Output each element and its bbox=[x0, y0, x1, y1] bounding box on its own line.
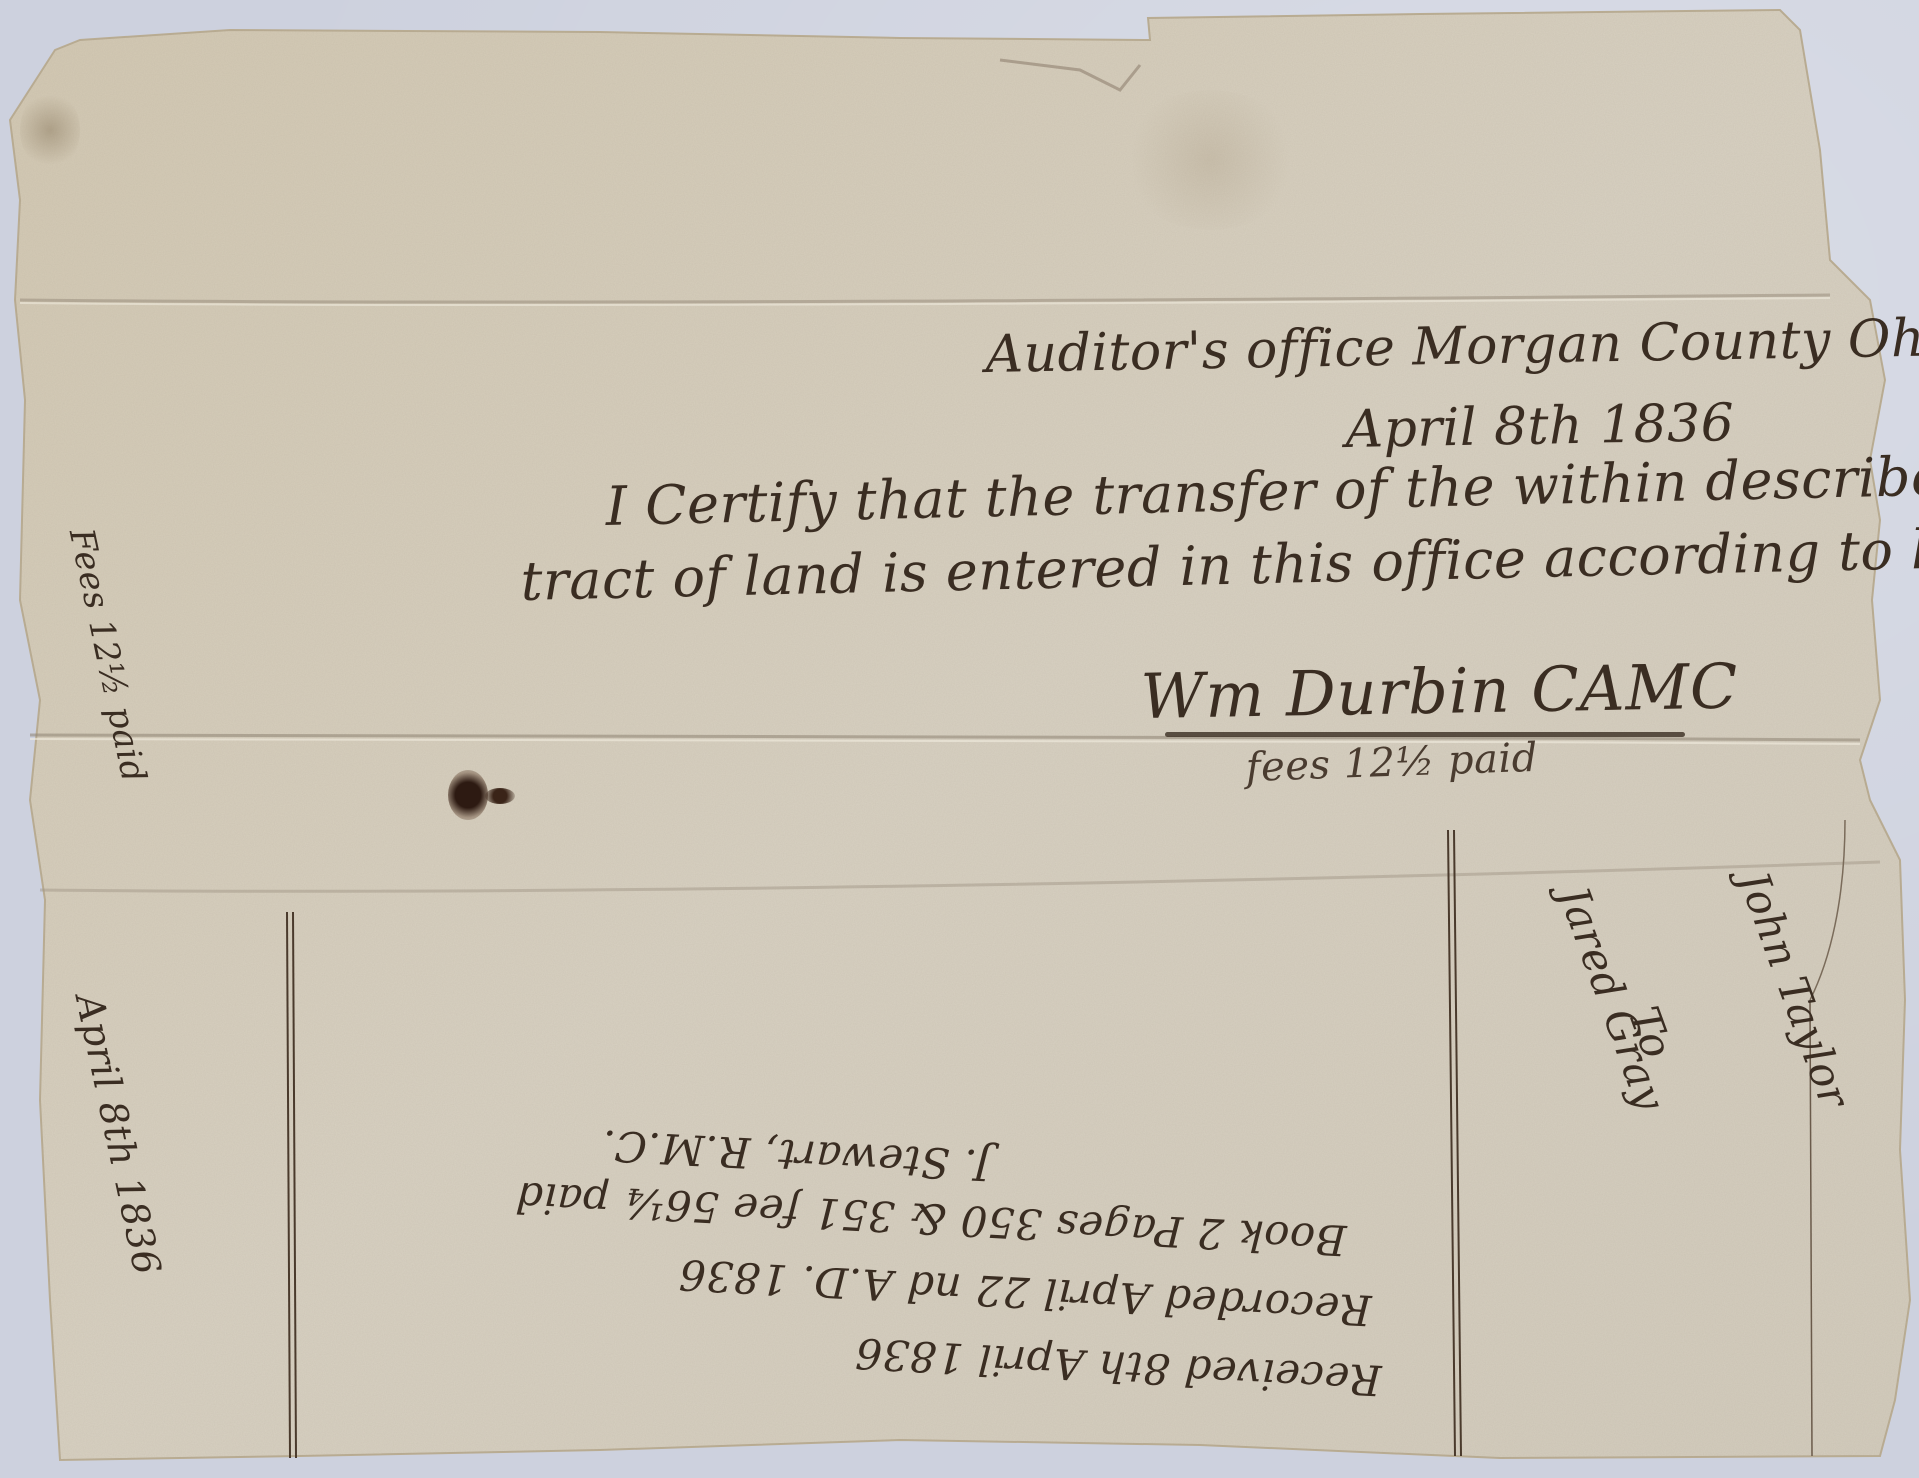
recording-recorded-line: Recorded April 22 nd A.D. 1836 bbox=[678, 1250, 1373, 1335]
auditor-signature: Wm Durbin CAMC bbox=[1140, 650, 1739, 733]
water-stain bbox=[1120, 90, 1300, 230]
recording-received-line: Received 8th April 1836 bbox=[854, 1328, 1383, 1405]
recording-note-block: Received 8th April 1836 Recorded April 2… bbox=[340, 1085, 1440, 1415]
document-paper: Auditor's office Morgan County Ohio Apri… bbox=[0, 0, 1919, 1478]
ink-stain-tail bbox=[485, 788, 515, 804]
signature-underline bbox=[1165, 732, 1685, 737]
water-stain-corner bbox=[20, 90, 80, 170]
ink-stain bbox=[448, 770, 488, 820]
